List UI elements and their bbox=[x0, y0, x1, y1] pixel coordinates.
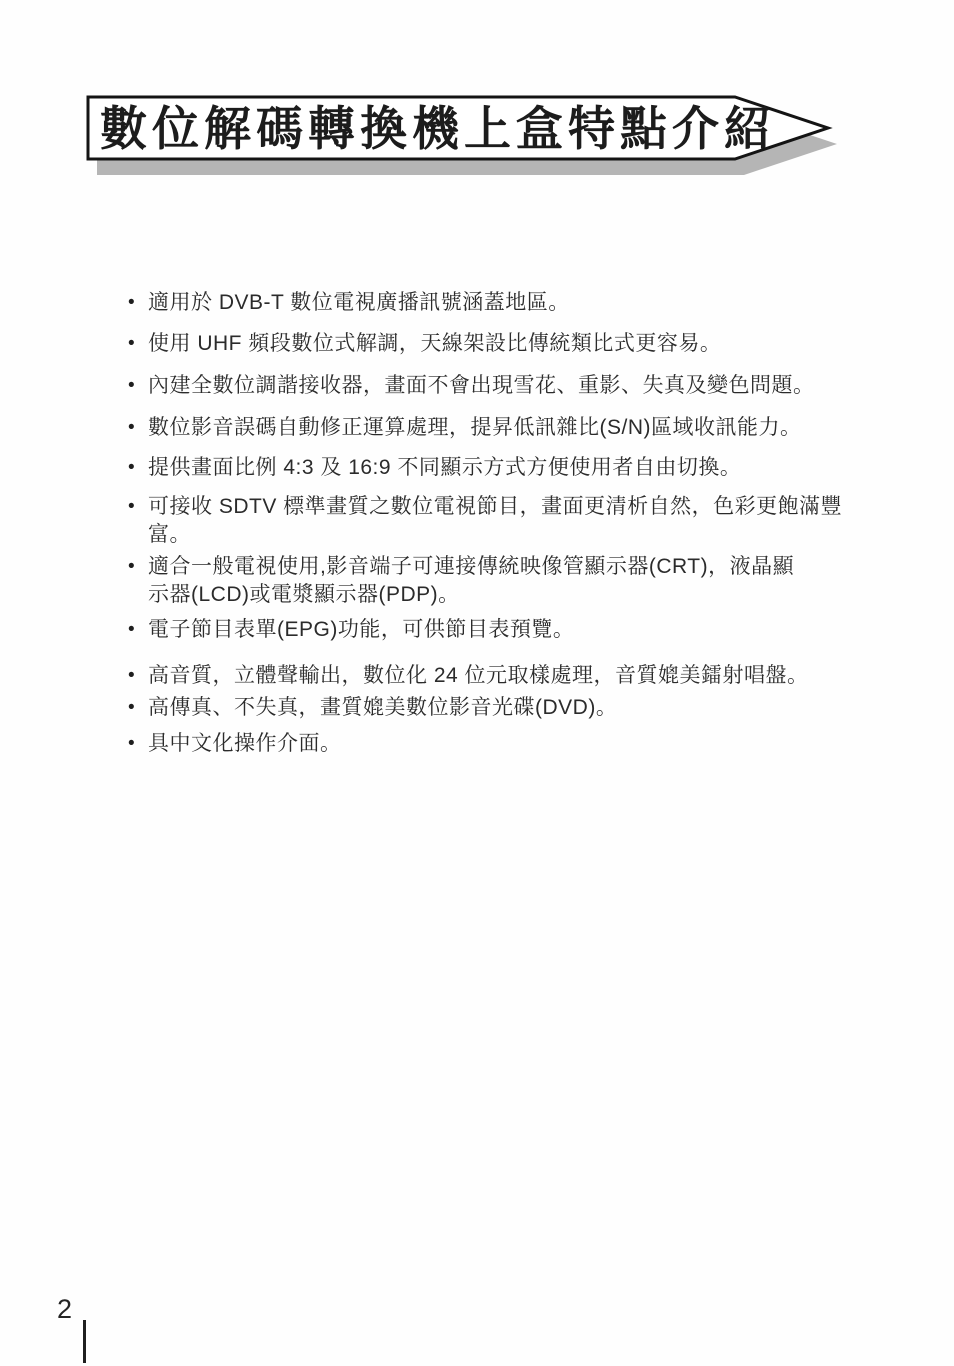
feature-text: 數位影音誤碼自動修正運算處理，提昇低訊雜比(S/N)區域收訊能力。 bbox=[148, 414, 802, 442]
feature-item: • 提供畫面比例 4:3 及 16:9 不同顯示方式方便使用者自由切換。 bbox=[128, 454, 741, 482]
bullet-icon: • bbox=[128, 730, 148, 757]
feature-list: • 適用於 DVB-T 數位電視廣播訊號涵蓋地區。 • 使用 UHF 頻段數位式… bbox=[128, 289, 918, 809]
bullet-icon: • bbox=[128, 662, 148, 689]
feature-text: 適用於 DVB-T 數位電視廣播訊號涵蓋地區。 bbox=[148, 289, 570, 317]
page-number: 2 bbox=[57, 1294, 72, 1324]
feature-text: 具中文化操作介面。 bbox=[148, 730, 342, 758]
bullet-icon: • bbox=[128, 616, 148, 643]
bullet-icon: • bbox=[128, 553, 148, 580]
feature-text: 內建全數位調諧接收器，畫面不會出現雪花、重影、失真及變色問題。 bbox=[148, 372, 815, 400]
feature-item: • 可接收 SDTV 標準畫質之數位電視節目，畫面更清析自然，色彩更飽滿豐 富。 bbox=[128, 493, 842, 548]
feature-text: 高傳真、不失真，畫質媲美數位影音光碟(DVD)。 bbox=[148, 694, 617, 722]
page-title: 數位解碼轉換機上盒特點介紹 bbox=[100, 103, 760, 155]
margin-tick-mark bbox=[83, 1320, 86, 1363]
feature-text: 使用 UHF 頻段數位式解調，天線架設比傳統類比式更容易。 bbox=[148, 330, 721, 358]
feature-item: • 高音質，立體聲輸出，數位化 24 位元取樣處理，音質媲美鐳射唱盤。 bbox=[128, 662, 809, 690]
feature-item: • 適用於 DVB-T 數位電視廣播訊號涵蓋地區。 bbox=[128, 289, 570, 317]
feature-item: • 高傳真、不失真，畫質媲美數位影音光碟(DVD)。 bbox=[128, 694, 617, 722]
bullet-icon: • bbox=[128, 372, 148, 399]
document-page: 數位解碼轉換機上盒特點介紹 • 適用於 DVB-T 數位電視廣播訊號涵蓋地區。 … bbox=[0, 0, 954, 1366]
feature-item: • 內建全數位調諧接收器，畫面不會出現雪花、重影、失真及變色問題。 bbox=[128, 372, 815, 400]
feature-text: 高音質，立體聲輸出，數位化 24 位元取樣處理，音質媲美鐳射唱盤。 bbox=[148, 662, 809, 690]
feature-text: 可接收 SDTV 標準畫質之數位電視節目，畫面更清析自然，色彩更飽滿豐 富。 bbox=[148, 493, 842, 548]
bullet-icon: • bbox=[128, 454, 148, 481]
bullet-icon: • bbox=[128, 289, 148, 316]
bullet-icon: • bbox=[128, 330, 148, 357]
feature-item: • 適合一般電視使用,影音端子可連接傳統映像管顯示器(CRT)，液晶顯 示器(L… bbox=[128, 553, 794, 608]
feature-item: • 使用 UHF 頻段數位式解調，天線架設比傳統類比式更容易。 bbox=[128, 330, 721, 358]
bullet-icon: • bbox=[128, 493, 148, 520]
feature-text: 電子節目表單(EPG)功能，可供節目表預覽。 bbox=[148, 616, 574, 644]
feature-item: • 具中文化操作介面。 bbox=[128, 730, 342, 758]
bullet-icon: • bbox=[128, 414, 148, 441]
feature-item: • 數位影音誤碼自動修正運算處理，提昇低訊雜比(S/N)區域收訊能力。 bbox=[128, 414, 802, 442]
feature-text: 適合一般電視使用,影音端子可連接傳統映像管顯示器(CRT)，液晶顯 示器(LCD… bbox=[148, 553, 794, 608]
bullet-icon: • bbox=[128, 694, 148, 721]
feature-text: 提供畫面比例 4:3 及 16:9 不同顯示方式方便使用者自由切換。 bbox=[148, 454, 741, 482]
feature-item: • 電子節目表單(EPG)功能，可供節目表預覽。 bbox=[128, 616, 574, 644]
